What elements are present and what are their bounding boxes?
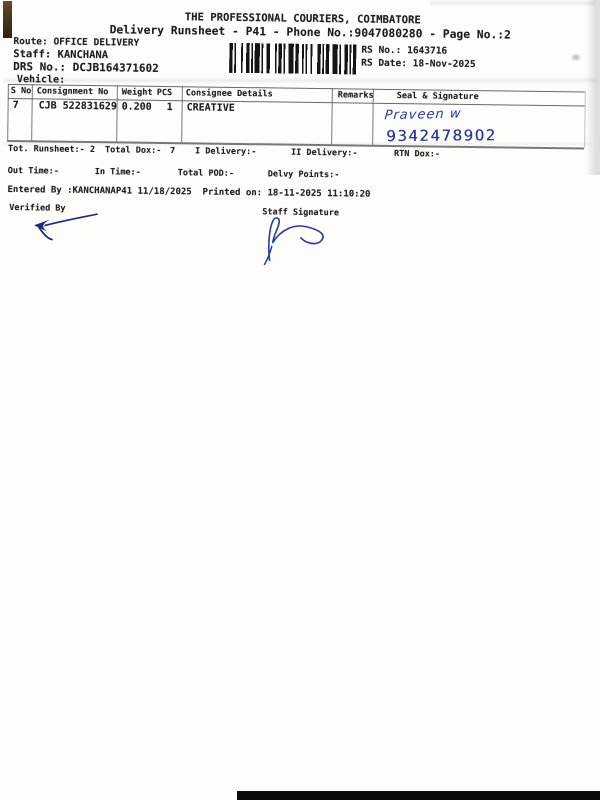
tot-runsheet-text: Tot. Runsheet:- 2 bbox=[8, 145, 95, 155]
total-pod-text: Total POD:- bbox=[178, 169, 234, 179]
table-gridline-v bbox=[7, 84, 9, 140]
ii-delivery-text: II Delivery:- bbox=[291, 149, 358, 159]
verified-by-signature-ink bbox=[25, 206, 115, 245]
table-gridline-v bbox=[331, 88, 333, 144]
col-header-seal: Seal & Signature bbox=[397, 92, 479, 102]
rs-no-line: RS No.: 1643716 bbox=[361, 46, 447, 58]
table-gridline-v bbox=[584, 92, 586, 148]
col-header-weight: Weight bbox=[122, 88, 153, 98]
in-time-text: In Time:- bbox=[95, 168, 141, 178]
seal-handwriting-name: Praveen w bbox=[384, 107, 462, 124]
col-header-sno: S No bbox=[11, 87, 32, 97]
total-dox-label: Total Dox:- bbox=[105, 146, 161, 156]
scan-smear-top-right bbox=[430, 1, 595, 5]
col-header-consignment: Consignment No bbox=[37, 87, 109, 97]
printed-on-text: Printed on: 18-11-2025 11:10:20 bbox=[202, 189, 370, 201]
page-subtitle: Delivery Runsheet - P41 - Phone No.:9047… bbox=[110, 24, 511, 42]
rs-barcode bbox=[229, 43, 356, 75]
delvy-points-text: Delvy Points:- bbox=[268, 170, 340, 180]
out-time-text: Out Time:- bbox=[8, 167, 59, 177]
table-gridline-v bbox=[181, 86, 183, 142]
col-header-remarks: Remarks bbox=[338, 91, 374, 101]
drs-no-line: DRS No.: DCJB164371602 bbox=[13, 61, 159, 75]
row-sno: 7 bbox=[13, 100, 19, 111]
document-content: THE PROFESSIONAL COURIERS, COIMBATORE De… bbox=[0, 0, 600, 800]
scanned-runsheet-page: THE PROFESSIONAL COURIERS, COIMBATORE De… bbox=[0, 0, 600, 800]
total-dox-value: 7 bbox=[170, 147, 175, 156]
row-consignment-no: CJB 522831629 bbox=[39, 100, 117, 112]
staff-signature-ink bbox=[257, 214, 338, 267]
row-pcs: 1 bbox=[167, 102, 173, 113]
entered-by-text: Entered By :KANCHANAP41 11/18/2025 bbox=[7, 186, 191, 198]
table-gridline-v bbox=[116, 85, 118, 141]
seal-handwriting-phone: 9342478902 bbox=[386, 126, 497, 145]
table-gridline-v bbox=[31, 84, 33, 140]
col-header-pcs: PCS bbox=[157, 89, 172, 99]
rs-date-line: RS Date: 18-Nov-2025 bbox=[361, 59, 476, 71]
rtn-dox-text: RTN Dox:- bbox=[394, 150, 440, 160]
i-delivery-text: I Delivery:- bbox=[195, 147, 257, 157]
row-weight: 0.200 bbox=[122, 101, 152, 112]
col-header-consignee: Consignee Details bbox=[186, 89, 273, 99]
row-consignee: CREATIVE bbox=[187, 102, 235, 114]
